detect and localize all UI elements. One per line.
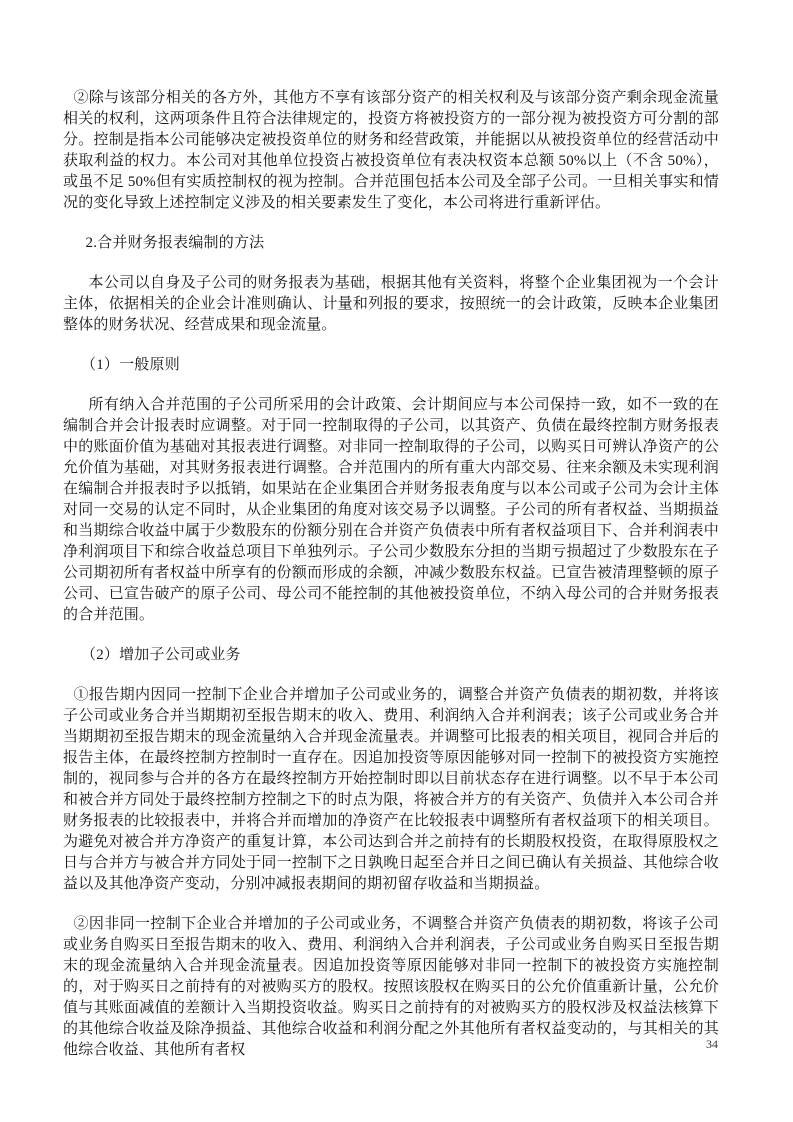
document-body: ②除与该部分相关的各方外，其他方不享有该部分资产的相关权利及与该部分资产剩余现金…	[63, 88, 719, 1061]
paragraph-consolidation-basis: 本公司以自身及子公司的财务报表为基础，根据其他有关资料，将整个企业集团视为一个会…	[63, 273, 719, 336]
subsection-heading-general-principles: （1）一般原则	[63, 355, 719, 376]
list-paragraph-control-definition: ②除与该部分相关的各方外，其他方不享有该部分资产的相关权利及与该部分资产剩余现金…	[63, 88, 719, 214]
subsection-heading-adding-subsidiaries: （2）增加子公司或业务	[63, 645, 719, 666]
list-paragraph-non-same-control-merger: ②因非同一控制下企业合并增加的子公司或业务，不调整合并资产负债表的期初数，将该子…	[63, 914, 719, 1061]
list-paragraph-same-control-merger: ①报告期内因同一控制下企业合并增加子公司或业务的，调整合并资产负债表的期初数，并…	[63, 685, 719, 895]
section-heading-consolidation-method: 2.合并财务报表编制的方法	[63, 233, 719, 254]
document-page: ②除与该部分相关的各方外，其他方不享有该部分资产的相关权利及与该部分资产剩余现金…	[0, 0, 793, 1122]
page-number: 34	[700, 1036, 724, 1052]
paragraph-general-principles: 所有纳入合并范围的子公司所采用的会计政策、会计期间应与本公司保持一致，如不一致的…	[63, 395, 719, 626]
